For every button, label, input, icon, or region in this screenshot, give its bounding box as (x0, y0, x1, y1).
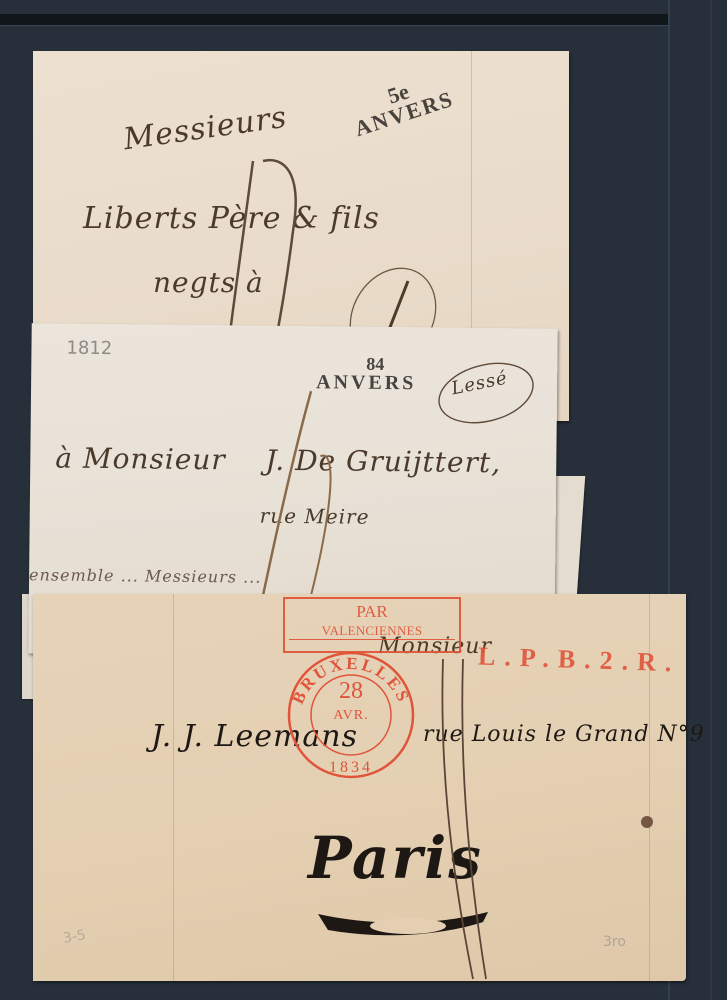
boxed-stamp-line1: PAR (285, 601, 459, 623)
album-page-edge-2 (710, 0, 712, 1000)
album-page-top-strip (0, 14, 668, 26)
cover-2-salutation: à Monsieur (55, 442, 226, 477)
cds-day: 28 (286, 678, 416, 705)
cover-2-pencil-year: 1812 (66, 338, 112, 359)
cover-1-salutation: Messieurs (121, 100, 289, 158)
cover-2-oval-flourish (431, 357, 542, 428)
cover-3-pencil-note-left: 3-5 (62, 927, 87, 947)
par-valenciennes-boxed-stamp: PAR VALENCIENNES (283, 597, 461, 653)
cover-2-partial-line: ensemble ... Messieurs ... (29, 565, 261, 586)
ink-spot (641, 816, 653, 828)
cds-month: AVR. (286, 708, 416, 724)
cover-3-vertical-ink-strokes (428, 654, 488, 984)
cover-3-pencil-note-right: 3ro (603, 934, 626, 950)
boxed-stamp-line2: VALENCIENNES (289, 623, 455, 640)
fold-line (173, 594, 174, 981)
bruxelles-circular-date-stamp: BRUXELLES 1834 28 AVR. (286, 650, 416, 780)
